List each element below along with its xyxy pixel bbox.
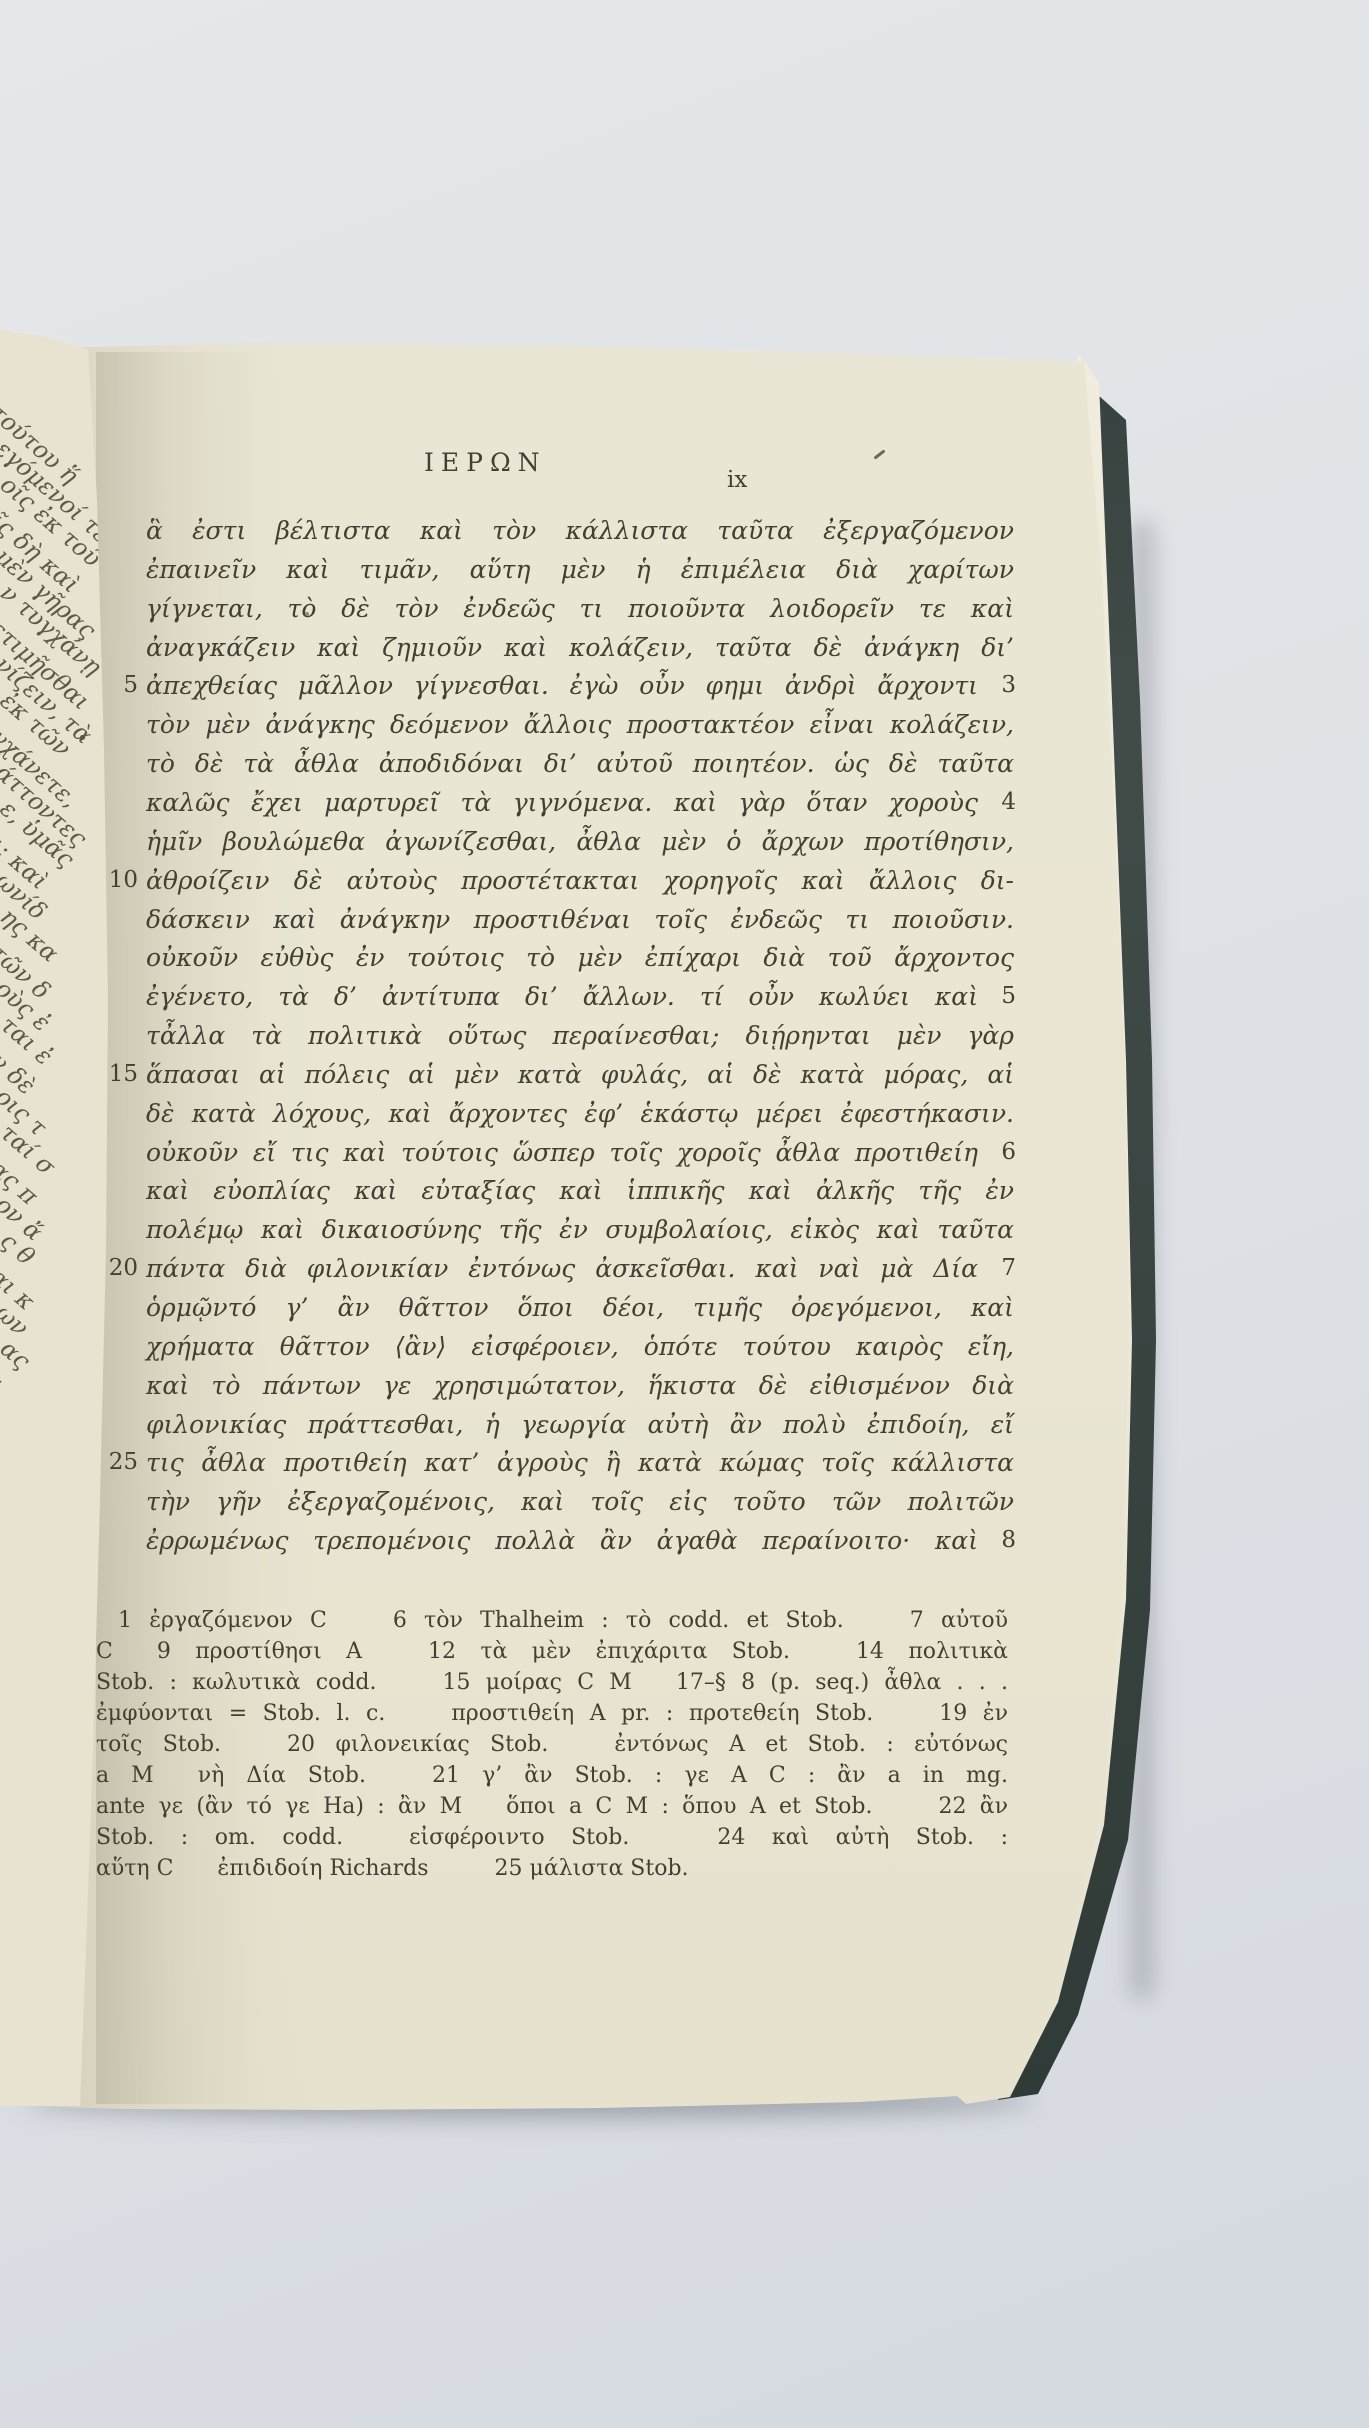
text-line: 10ἀθροίζειν δὲ αὐτοὺς προστέτακται χορηγ… — [146, 862, 1014, 899]
greek-text-line: καλῶς ἔχει μαρτυρεῖ τὰ γιγνόμενα. καὶ γὰ… — [146, 784, 978, 821]
greek-text-line: τὸ δὲ τὰ ἆθλα ἀποδιδόναι δι’ αὐτοῦ ποιητ… — [146, 745, 1014, 782]
margin-line-number: 5 — [104, 667, 138, 704]
greek-text-line: χρήματα θᾶττον ⟨ἂν⟩ εἰσφέροιεν, ὁπότε το… — [146, 1328, 1014, 1365]
section-number: 7 — [1001, 1250, 1016, 1287]
text-line: 20πάντα διὰ φιλονικίαν ἐντόνως ἀσκεῖσθαι… — [146, 1250, 1014, 1287]
text-line: δὲ κατὰ λόχους, καὶ ἄρχοντες ἐφ’ ἑκάστῳ … — [146, 1095, 1014, 1132]
greek-text-line: ἡμῖν βουλώμεθα ἀγωνίζεσθαι, ἆθλα μὲν ὁ ἄ… — [146, 823, 1014, 860]
apparatus-line: Stob. : κωλυτικὰ codd. 15 μοίρας C M 17–… — [96, 1668, 1008, 1697]
greek-text-line: καὶ εὐοπλίας καὶ εὐταξίας καὶ ἱππικῆς κα… — [146, 1172, 1014, 1209]
text-line: καὶ τὸ πάντων γε χρησιμώτατον, ἥκιστα δὲ… — [146, 1367, 1014, 1404]
greek-text-line: δὲ κατὰ λόχους, καὶ ἄρχοντες ἐφ’ ἑκάστῳ … — [146, 1095, 1014, 1132]
ink-speck — [305, 612, 309, 616]
text-line: ἐρρωμένως τρεπομένοις πολλὰ ἂν ἀγαθὰ περ… — [146, 1522, 1014, 1559]
text-line: δάσκειν καὶ ἀνάγκην προστιθέναι τοῖς ἐνδ… — [146, 901, 1014, 938]
greek-text-line: τὸν μὲν ἀνάγκης δεόμενον ἄλλοις προστακτ… — [146, 706, 1014, 743]
section-number: 3 — [1001, 667, 1016, 704]
running-title: ΙΕΡΩΝ — [424, 448, 547, 477]
margin-line-number: 15 — [104, 1056, 138, 1093]
text-line: πολέμῳ καὶ δικαιοσύνης τῆς ἐν συμβολαίοι… — [146, 1211, 1014, 1248]
greek-text-line: ἅπασαι αἱ πόλεις αἱ μὲν κατὰ φυλάς, αἱ δ… — [146, 1056, 1014, 1093]
greek-text-line: δάσκειν καὶ ἀνάγκην προστιθέναι τοῖς ἐνδ… — [146, 901, 1014, 938]
text-line: ἡμῖν βουλώμεθα ἀγωνίζεσθαι, ἆθλα μὲν ὁ ἄ… — [146, 823, 1014, 860]
greek-text-line: τἆλλα τὰ πολιτικὰ οὕτως περαίνεσθαι; διῄ… — [146, 1017, 1014, 1054]
curled-page-text-fragment: ι — [0, 1371, 10, 1397]
greek-text-line: ἐγένετο, τὰ δ’ ἀντίτυπα δι’ ἄλλων. τί οὖ… — [146, 978, 978, 1015]
margin-line-number: 10 — [104, 862, 138, 899]
text-line: οὐκοῦν εἴ τις καὶ τούτοις ὥσπερ τοῖς χορ… — [146, 1134, 1014, 1171]
apparatus-line: τοῖς Stob. 20 φιλονεικίας Stob. ἐντόνως … — [96, 1730, 1008, 1759]
text-line: τἆλλα τὰ πολιτικὰ οὕτως περαίνεσθαι; διῄ… — [146, 1017, 1014, 1054]
greek-text-line: ἀπεχθείας μᾶλλον γίγνεσθαι. ἐγὼ οὖν φημι… — [146, 667, 978, 704]
text-line: οὐκοῦν εὐθὺς ἐν τούτοις τὸ μὲν ἐπίχαρι δ… — [146, 939, 1014, 976]
ink-speck — [80, 735, 85, 740]
section-number: 6 — [1001, 1134, 1016, 1171]
apparatus-line: 1 ἐργαζόμενον C 6 τὸν Thalheim : τὸ codd… — [96, 1606, 1008, 1635]
book-photo: τούτου ἥεγόμενοί τεοῖς ἐκ τοῦῖς δὴ καὶμὲ… — [0, 0, 1369, 2428]
margin-line-number: 25 — [104, 1444, 138, 1481]
text-line: φιλονικίας πράττεσθαι, ἡ γεωργία αὐτὴ ἂν… — [146, 1406, 1014, 1443]
apparatus-line: ἐμφύονται = Stob. l. c. προστιθείη A pr.… — [96, 1699, 1008, 1728]
text-line: ἃ ἐστι βέλτιστα καὶ τὸν κάλλιστα ταῦτα ἐ… — [146, 512, 1014, 549]
greek-text-line: πολέμῳ καὶ δικαιοσύνης τῆς ἐν συμβολαίοι… — [146, 1211, 1014, 1248]
section-number: 8 — [1001, 1522, 1016, 1559]
text-line: ὁρμῷντό γ’ ἂν θᾶττον ὅποι δέοι, τιμῆς ὀρ… — [146, 1289, 1014, 1326]
greek-text-line: τὴν γῆν ἐξεργαζομένοις, καὶ τοῖς εἰς τοῦ… — [146, 1483, 1014, 1520]
text-line: 15ἅπασαι αἱ πόλεις αἱ μὲν κατὰ φυλάς, αἱ… — [146, 1056, 1014, 1093]
text-line: τὸν μὲν ἀνάγκης δεόμενον ἄλλοις προστακτ… — [146, 706, 1014, 743]
greek-text-line: ἀθροίζειν δὲ αὐτοὺς προστέτακται χορηγοῖ… — [146, 862, 1014, 899]
margin-line-number: 20 — [104, 1250, 138, 1287]
greek-text-line: ἃ ἐστι βέλτιστα καὶ τὸν κάλλιστα ταῦτα ἐ… — [146, 512, 1014, 549]
text-line: καλῶς ἔχει μαρτυρεῖ τὰ γιγνόμενα. καὶ γὰ… — [146, 784, 1014, 821]
greek-text-line: πάντα διὰ φιλονικίαν ἐντόνως ἀσκεῖσθαι. … — [146, 1250, 978, 1287]
greek-text-line: οὐκοῦν εἴ τις καὶ τούτοις ὥσπερ τοῖς χορ… — [146, 1134, 978, 1171]
text-line: τὸ δὲ τὰ ἆθλα ἀποδιδόναι δι’ αὐτοῦ ποιητ… — [146, 745, 1014, 782]
apparatus-line: C 9 προστίθησι A 12 τὰ μὲν ἐπιχάριτα Sto… — [96, 1637, 1008, 1666]
text-line: 25τις ἆθλα προτιθείη κατ’ ἀγροὺς ἢ κατὰ … — [146, 1444, 1014, 1481]
apparatus-line: ante γε (ἂν τό γε Ha) : ἂν M ὅποι a C M … — [96, 1792, 1008, 1821]
greek-text-line: τις ἆθλα προτιθείη κατ’ ἀγροὺς ἢ κατὰ κώ… — [146, 1444, 1014, 1481]
text-line: καὶ εὐοπλίας καὶ εὐταξίας καὶ ἱππικῆς κα… — [146, 1172, 1014, 1209]
greek-text-line: γίγνεται, τὸ δὲ τὸν ἐνδεῶς τι ποιοῦντα λ… — [146, 590, 1014, 627]
text-line: τὴν γῆν ἐξεργαζομένοις, καὶ τοῖς εἰς τοῦ… — [146, 1483, 1014, 1520]
text-line: 5ἀπεχθείας μᾶλλον γίγνεσθαι. ἐγὼ οὖν φημ… — [146, 667, 1014, 704]
greek-text-line: καὶ τὸ πάντων γε χρησιμώτατον, ἥκιστα δὲ… — [146, 1367, 1014, 1404]
text-line: ἀναγκάζειν καὶ ζημιοῦν καὶ κολάζειν, ταῦ… — [146, 629, 1014, 666]
section-number: 5 — [1001, 978, 1016, 1015]
text-line: χρήματα θᾶττον ⟨ἂν⟩ εἰσφέροιεν, ὁπότε το… — [146, 1328, 1014, 1365]
text-line: γίγνεται, τὸ δὲ τὸν ἐνδεῶς τι ποιοῦντα λ… — [146, 590, 1014, 627]
greek-text-line: οὐκοῦν εὐθὺς ἐν τούτοις τὸ μὲν ἐπίχαρι δ… — [146, 939, 1014, 976]
greek-text-line: ἀναγκάζειν καὶ ζημιοῦν καὶ κολάζειν, ταῦ… — [146, 629, 1014, 666]
text-line: ἐγένετο, τὰ δ’ ἀντίτυπα δι’ ἄλλων. τί οὖ… — [146, 978, 1014, 1015]
greek-text-line: ὁρμῷντό γ’ ἂν θᾶττον ὅποι δέοι, τιμῆς ὀρ… — [146, 1289, 1014, 1326]
text-line: ἐπαινεῖν καὶ τιμᾶν, αὕτη μὲν ἡ ἐπιμέλεια… — [146, 551, 1014, 588]
page-number: ix — [727, 467, 747, 493]
curled-page-text-fragment: ας — [0, 1335, 35, 1374]
greek-text-line: ἐρρωμένως τρεπομένοις πολλὰ ἂν ἀγαθὰ περ… — [146, 1522, 978, 1559]
greek-text-line: ἐπαινεῖν καὶ τιμᾶν, αὕτη μὲν ἡ ἐπιμέλεια… — [146, 551, 1014, 588]
apparatus-line: αὕτη C ἐπιδιδοίη Richards 25 μάλιστα Sto… — [96, 1854, 1008, 1883]
apparatus-line: Stob. : om. codd. εἰσφέροιντο Stob. 24 κ… — [96, 1823, 1008, 1852]
section-number: 4 — [1001, 784, 1016, 821]
greek-text-line: φιλονικίας πράττεσθαι, ἡ γεωργία αὐτὴ ἂν… — [146, 1406, 1014, 1443]
apparatus-line: a M νὴ Δία Stob. 21 γ’ ἂν Stob. : γε A C… — [96, 1761, 1008, 1790]
